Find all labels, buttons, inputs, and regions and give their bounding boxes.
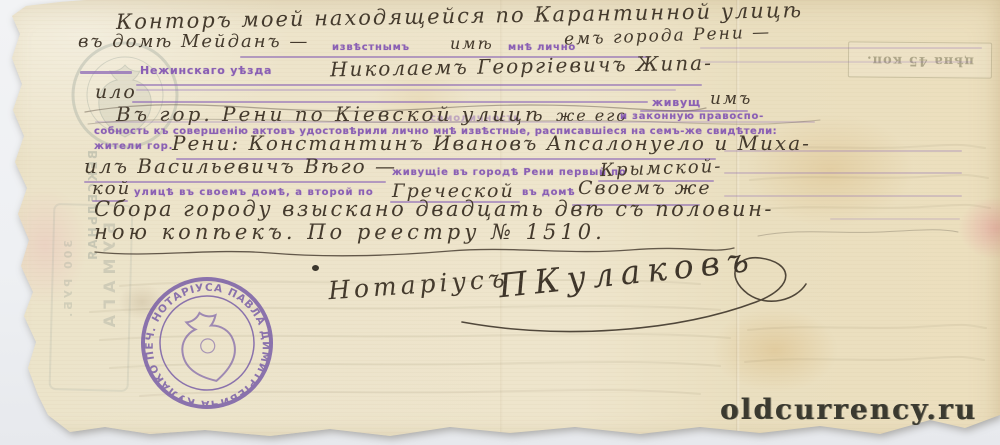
handwritten-line8a: илъ Васильевичъ Вѣго — (84, 156, 397, 176)
handwritten-line10: Сбора городу взыскано двадцать двѣ съ по… (94, 199, 774, 220)
handwritten-line9a: кой (92, 180, 131, 198)
scan-background: ВЕКСЕЛЬНАЯ БУМАГА 300 РУБ. цѣна 45 коп. (0, 0, 1000, 445)
watermark-oldcurrency: oldcurrency.ru (720, 393, 977, 426)
handwritten-line2b: имѣ (450, 36, 494, 52)
handwritten-line2a: въ домѣ Мейданъ — (78, 33, 309, 51)
signature-title: Нотаріусъ (327, 266, 509, 304)
handwritten-line4b: имъ (710, 91, 752, 108)
notary-signature: ПКулаковъ (497, 243, 757, 303)
form-print-line4: живущ (652, 97, 701, 108)
form-print-line2a: извѣстнымъ (332, 43, 410, 53)
document-paper: ВЕКСЕЛЬНАЯ БУМАГА 300 РУБ. цѣна 45 коп. (0, 0, 1000, 445)
form-rule-line (830, 218, 960, 220)
form-rule-line (80, 71, 132, 74)
paper-wrap: ВЕКСЕЛЬНАЯ БУМАГА 300 РУБ. цѣна 45 коп. (0, 0, 1000, 445)
form-rule-line (136, 89, 676, 91)
showthrough-value-text: 300 РУБ. (62, 240, 75, 320)
handwritten-line5a: Въ гор. Рени по Кіевской улицѣ (116, 104, 546, 124)
notary-stamp: ПЕЧ. НОТАРІУСА ПАВЛА ДИМИТРІЕВИЧА КУЛАКО… (132, 268, 282, 418)
form-print-line5b: и законную правоспо- (620, 112, 764, 122)
form-rule-line (700, 61, 972, 63)
handwritten-line7: Рени: Константинъ Ивановъ Апсалонуело и … (172, 133, 811, 153)
handwritten-line5b: же его (556, 108, 628, 124)
form-print-line3: Нежинскаго уѣзда (140, 65, 272, 76)
handwritten-line4a: ило (95, 83, 137, 102)
handwritten-line3: Николаемъ Георгіевичъ Жипа- (330, 53, 713, 80)
form-rule-line (136, 84, 702, 86)
form-rule-line (724, 172, 962, 174)
ink-dot (312, 265, 319, 271)
svg-text:ПЕЧ. НОТАРІУСА ПАВЛА ДИМИТРІЕВ: ПЕЧ. НОТАРІУСА ПАВЛА ДИМИТРІЕВИЧА КУЛАКО… (109, 246, 286, 428)
handwritten-line9c: Своемъ же (578, 179, 712, 198)
stamp-coat-of-arms (174, 307, 242, 388)
fold-crease (736, 0, 740, 445)
handwritten-line2c: емъ города Рени — (564, 24, 772, 48)
stamp-ring-text: ПЕЧ. НОТАРІУСА ПАВЛА ДИМИТРІЕВИЧА КУЛАКО… (109, 246, 286, 428)
form-rule-line (700, 47, 982, 49)
handwritten-line11: ною копѣекъ. По реестру № 1510. (94, 222, 606, 243)
form-print-line7: жители гор. (94, 142, 173, 152)
